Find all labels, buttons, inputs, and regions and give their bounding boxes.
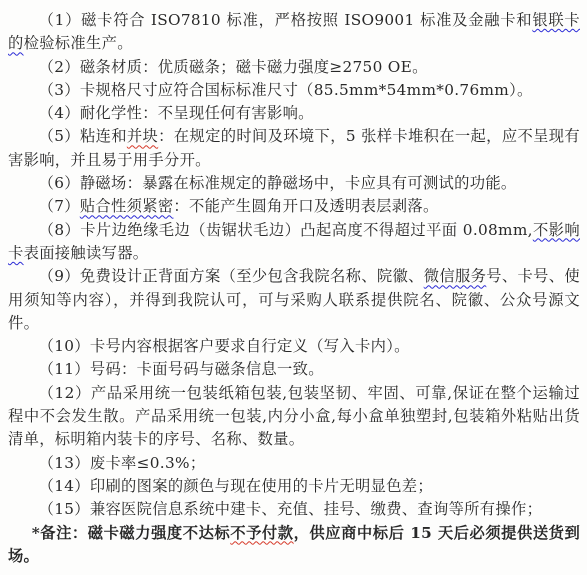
wavy-red-text-run: 不予付款 <box>230 524 293 542</box>
text-run: ：不能产生圆角开口及透明表层剥落。 <box>173 197 438 215</box>
text-run: （11）号码：卡面号码与磁条信息一致。 <box>39 360 324 378</box>
text-run: 表面接触读写器。 <box>24 244 149 262</box>
paragraph: （10）卡号内容根据客户要求自行定义（写入卡内）。 <box>8 335 580 358</box>
wavy-red-text-run: 并块 <box>127 127 158 145</box>
paragraph: （13）废卡率≤0.3%； <box>8 452 580 475</box>
paragraph: （5）粘连和并块：在规定的时间及环境下，5 张样卡堆积在一起，应不呈现有害影响，… <box>8 125 580 172</box>
paragraph: （12）产品采用统一包装纸箱包装,包装坚韧、牢固、可靠,保证在整个运输过程中不会… <box>8 382 580 452</box>
text-run: *备注：磁卡磁力强度不达标 <box>32 524 231 542</box>
paragraph: （11）号码：卡面号码与磁条信息一致。 <box>8 358 580 381</box>
text-run: （15）兼容医院信息系统中建卡、充值、挂号、缴费、查询等所有操作； <box>39 500 543 518</box>
text-run: （3）卡规格尺寸应符合国标标准尺寸（85.5mm*54mm*0.76mm）。 <box>39 81 533 99</box>
paragraph: （8）卡片边绝缘毛边（齿锯状毛边）凸起高度不得超过平面 0.08mm,不影响卡表… <box>8 219 580 266</box>
paragraph: （6）静磁场：暴露在标准规定的静磁场中，卡应具有可测试的功能。 <box>8 172 580 195</box>
text-run: （10）卡号内容根据客户要求自行定义（写入卡内）。 <box>39 337 410 355</box>
text-run: （6）静磁场：暴露在标准规定的静磁场中，卡应具有可测试的功能。 <box>39 174 517 192</box>
paragraph: （2）磁条材质：优质磁条；磁卡磁力强度≥2750 OE。 <box>8 56 580 79</box>
wavy-blue-text-run: 贴合性须紧密 <box>80 197 174 215</box>
text-run: （7） <box>39 197 80 215</box>
paragraph: （1）磁卡符合 ISO7810 标准，严格按照 ISO9001 标准及金融卡和银… <box>8 9 580 56</box>
paragraph: （14）印刷的图案的颜色与现在使用的卡片无明显色差； <box>8 475 580 498</box>
note-paragraph: *备注：磁卡磁力强度不达标不予付款，供应商中标后 15 天后必须提供送货到场。 <box>8 522 580 569</box>
text-run: （5）粘连和 <box>39 127 127 145</box>
text-run: （9）免费设计正背面方案（至少包含我院名称、院徽、 <box>39 267 424 285</box>
text-run: （13）废卡率≤0.3%； <box>39 454 206 472</box>
text-run: （12）产品采用统一包装纸箱包装,包装坚韧、牢固、可靠,保证在整个运输过程中不会… <box>8 384 580 449</box>
text-run: （1）磁卡符合 ISO7810 标准，严格按照 ISO9001 标准及金融卡和 <box>39 11 533 29</box>
text-run: （8）卡片边绝缘毛边（齿锯状毛边）凸起高度不得超过平面 0.08mm, <box>39 221 533 239</box>
text-run: （4）耐化学性：不呈现任何有害影响。 <box>39 104 314 122</box>
paragraph: （7）贴合性须紧密：不能产生圆角开口及透明表层剥落。 <box>8 195 580 218</box>
document-body: （1）磁卡符合 ISO7810 标准，严格按照 ISO9001 标准及金融卡和银… <box>8 9 580 568</box>
text-run: （2）磁条材质：优质磁条；磁卡磁力强度≥2750 OE。 <box>39 58 428 76</box>
document-page: （1）磁卡符合 ISO7810 标准，严格按照 ISO9001 标准及金融卡和银… <box>0 0 587 575</box>
text-run: （14）印刷的图案的颜色与现在使用的卡片无明显色差； <box>39 477 433 495</box>
text-run: 检验标准生产。 <box>24 34 133 52</box>
paragraph: （4）耐化学性：不呈现任何有害影响。 <box>8 102 580 125</box>
wavy-blue-text-run: 微信服务 <box>424 267 487 285</box>
paragraph: （3）卡规格尺寸应符合国标标准尺寸（85.5mm*54mm*0.76mm）。 <box>8 79 580 102</box>
paragraph: （9）免费设计正背面方案（至少包含我院名称、院徽、微信服务号、卡号、使用须知等内… <box>8 265 580 335</box>
paragraph: （15）兼容医院信息系统中建卡、充值、挂号、缴费、查询等所有操作； <box>8 498 580 521</box>
